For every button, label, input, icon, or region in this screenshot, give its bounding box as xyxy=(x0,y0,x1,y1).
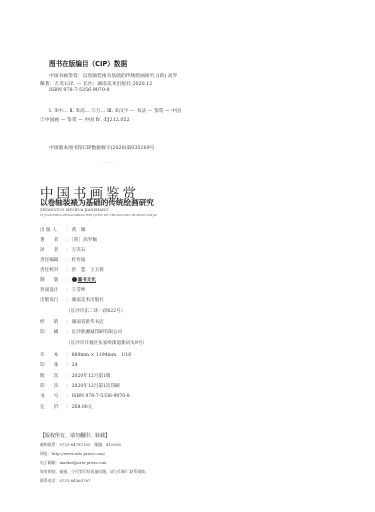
info-row-cover-design: 封面设计：王雪坤 xyxy=(40,287,85,293)
info-row-proofreader: 责任校对：彭 慧 王玉蓉 xyxy=(40,267,104,273)
cip-record-number: 中国版本图书馆CIP数据核字(2020)第035169号 xyxy=(49,144,154,151)
copyright-notice: 【版权所有，请勿翻印、转载】 xyxy=(40,432,110,439)
cip-classification: Ⅰ. ①中… Ⅱ. ①高… ②万… Ⅲ. ①汉字 — 书法 — 鉴赏 — 中国 xyxy=(49,107,181,114)
contact-email: 电子邮箱：market@arts-press.com xyxy=(40,460,107,466)
info-row-printer: 印 刷：长沙新湘诚印刷有限公司 xyxy=(40,329,122,335)
info-row-distribution-address: （长沙市东二环一段622号） xyxy=(66,308,125,314)
info-row-translator: 译 者：万笑石 xyxy=(40,247,85,253)
contact-phone: 联系电话：0731-84363767 xyxy=(40,478,90,484)
info-row-isbn: 书 号：ISBN 978-7-5356-9070-8 xyxy=(40,393,130,399)
info-row-plate-making: 制 版：嘉书文化 xyxy=(40,277,96,283)
studio-logo-icon xyxy=(72,277,77,282)
book-subtitle: 以卷轴装裱为基础的传统绘画研究 xyxy=(40,197,154,208)
info-row-format: 开 本：889mm × 1194mm 1/16 xyxy=(40,352,131,358)
info-row-publisher: 出 版 人：黄 啸 xyxy=(40,227,85,233)
cip-isbn: ISBN 978-7-5356-9070-8 xyxy=(49,88,110,93)
cip-classification: ②中国画 — 鉴赏 — 中国 Ⅳ. ①J212.052 xyxy=(40,116,130,123)
contact-website: 网址：http://www.arts-press.com/ xyxy=(40,451,105,457)
info-row-sheets: 印 张：24 xyxy=(40,362,77,368)
info-row-author: 著 者：［荷］高罗佩 xyxy=(40,237,97,243)
info-row-price: 定 价：268.00元 xyxy=(40,404,92,410)
cip-line: 中国书画鉴赏：以卷轴装裱为基础的传统绘画研究 /(荷) 高罗 xyxy=(49,72,177,79)
info-row-editor: 责任编辑：杜作波 xyxy=(40,257,85,263)
divider xyxy=(103,162,113,163)
contact-quality-notice: 如有倒装、破损、少页等印装质量问题，请与印刷厂联系调换。 xyxy=(40,469,149,475)
cip-heading: 图书在版编目（CIP）数据 xyxy=(49,58,127,68)
info-row-edition: 版 次：2020年12月第1版 xyxy=(40,373,110,379)
pinyin-subtitle: YI JUANZHOU ZHUANGBIAO WEI JICHU DE CHUA… xyxy=(40,213,157,217)
info-row-printer-address: （长沙市开福区伍家岭街道新码头9号） xyxy=(66,340,147,346)
info-row-printing: 印 次：2020年12月第1次印刷 xyxy=(40,383,120,389)
info-row-seller: 经 销：湖南省新华书店 xyxy=(40,319,104,325)
cip-line: 佩著；万笑石译. — 长沙：湖南美术出版社,2020.12 xyxy=(40,80,152,87)
pinyin-series: ZHONGGUO SHUHUA JIANSHANG xyxy=(40,208,108,212)
contact-mail-order: 邮购联系：0731-84787105 邮编：410016 xyxy=(40,442,121,448)
info-row-distribution: 出版发行：湖南美术出版社 xyxy=(40,297,104,303)
